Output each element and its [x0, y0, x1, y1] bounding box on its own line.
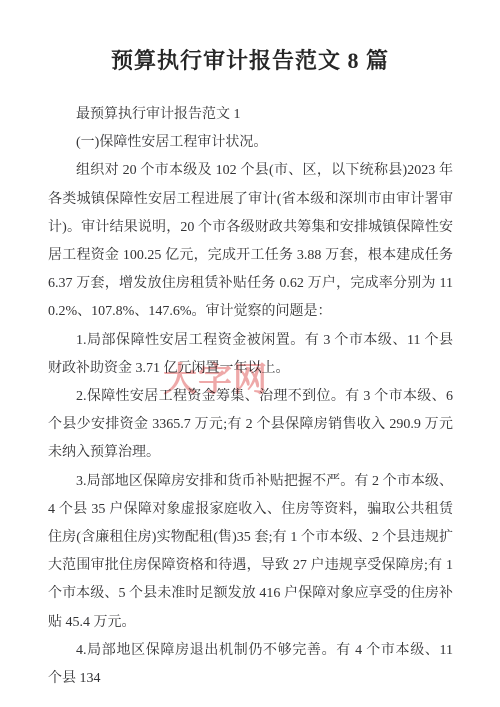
paragraph-issue-1: 1.局部保障性安居工程资金被闲置。有 3 个市本级、11 个县财政补助资金 3.… — [48, 327, 453, 383]
paragraph-issue-3: 3.局部地区保障房安排和货币补贴把握不严。有 2 个市本级、4 个县 35 户保… — [48, 468, 453, 637]
paragraph-section-title: (一)保障性安居工程审计状况。 — [48, 129, 453, 157]
document-page: 大字网 预算执行审计报告范文 8 篇 最预算执行审计报告范文 1 (一)保障性安… — [0, 0, 500, 707]
document-body: 最预算执行审计报告范文 1 (一)保障性安居工程审计状况。 组织对 20 个市本… — [48, 101, 453, 693]
paragraph-issue-4: 4.局部地区保障房退出机制仍不够完善。有 4 个市本级、11 个县 134 — [48, 637, 453, 693]
paragraph-heading: 最预算执行审计报告范文 1 — [48, 101, 453, 129]
paragraph-issue-2: 2.保障性安居工程资金筹集、治理不到位。有 3 个市本级、6 个县少安排资金 3… — [48, 383, 453, 468]
page-title: 预算执行审计报告范文 8 篇 — [20, 46, 480, 76]
paragraph-overview: 组织对 20 个市本级及 102 个县(市、区，以下统称县)2023 年各类城镇… — [48, 157, 453, 326]
